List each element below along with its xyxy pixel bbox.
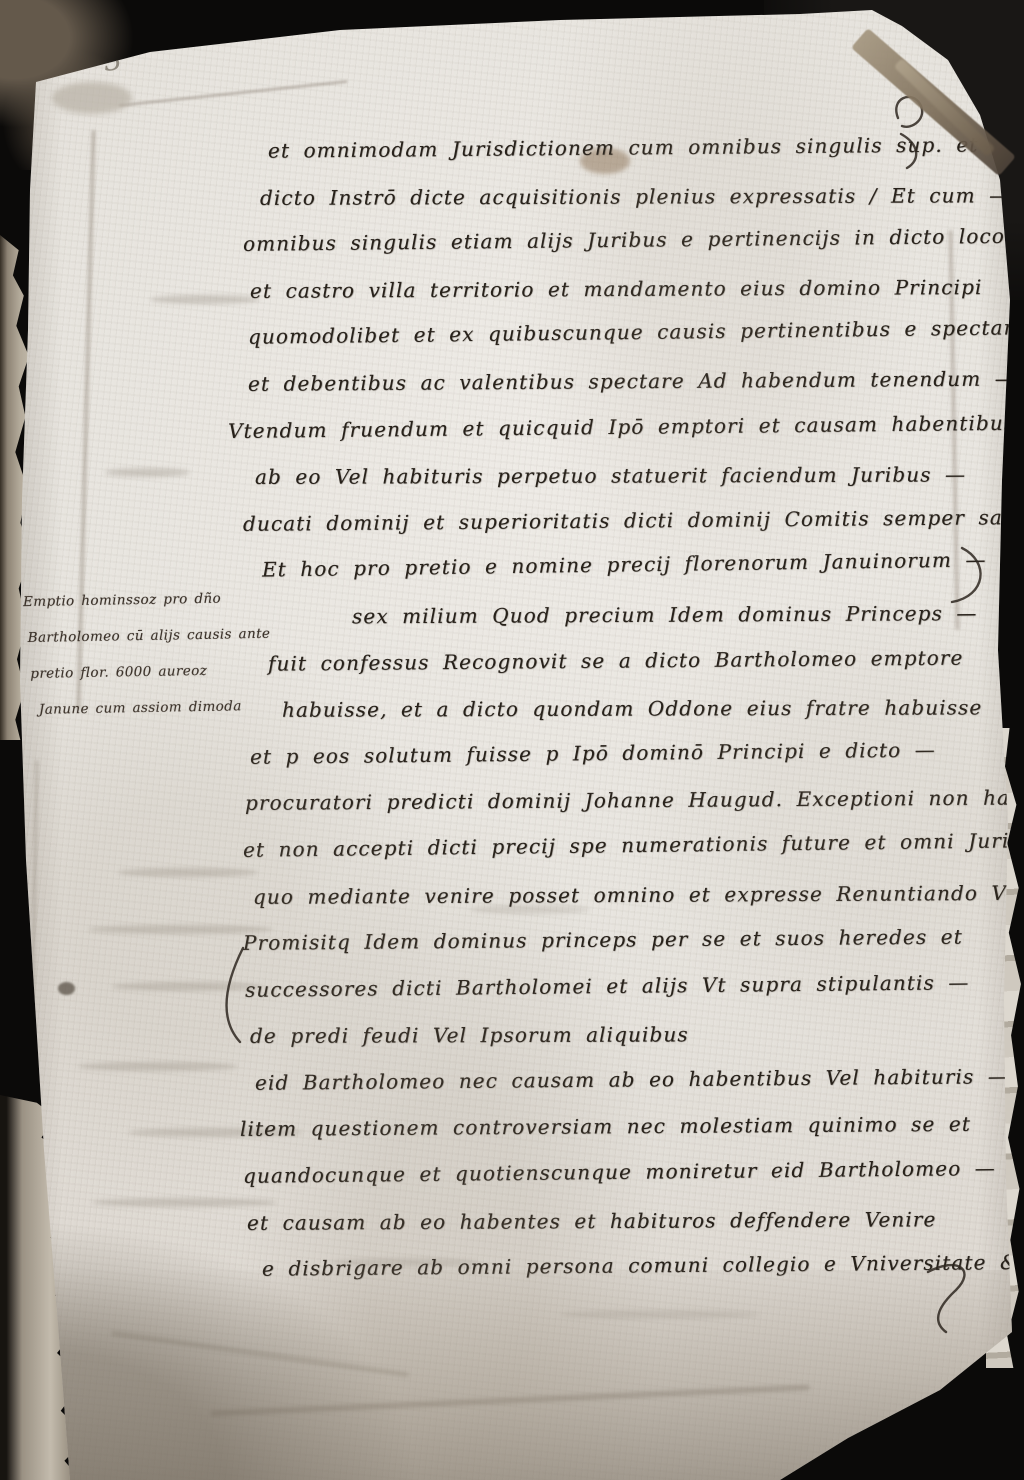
manuscript-line: omnibus singulis etiam alijs Juribus e p…: [228, 213, 1012, 268]
manuscript-line: quomodolibet et ex quibuscunque causis p…: [228, 305, 1013, 361]
manuscript-photograph: 3 Emptio hominssoz pro dño Bartholomeo c…: [0, 0, 1024, 1480]
manuscript-line: quandocunque et quotienscunque moniretur…: [228, 1145, 1012, 1200]
manuscript-line: quo mediante venire posset omnino et exp…: [228, 869, 1012, 920]
manuscript-line: Vtendum fruendum et quicquid Ipō emptori…: [228, 399, 1012, 454]
crease-line: [29, 760, 39, 1140]
manuscript-line: et debentibus ac valentibus spectare Ad …: [228, 355, 1012, 407]
margin-note-line: Emptio hominssoz pro dño: [23, 580, 260, 620]
manuscript-line: successores dicti Bartholomei et alijs V…: [228, 958, 1012, 1013]
margin-note-line: pretio flor. 6000 aureoz: [24, 652, 261, 692]
text-block: et omnimodam Jurisdictionem cum omnibus …: [228, 128, 1012, 1293]
manuscript-line: et p eos solutum fuisse p Ipō dominō Pri…: [228, 726, 1012, 781]
smudge: [52, 82, 132, 114]
manuscript-line: et non accepti dicti precij spe numerati…: [228, 817, 1013, 873]
manuscript-page: 3 Emptio hominssoz pro dño Bartholomeo c…: [0, 0, 1024, 1480]
manuscript-line: sex milium Quod precium Idem dominus Pri…: [228, 590, 1012, 641]
manuscript-line: Et hoc pro pretio e nomine precij floren…: [228, 536, 1013, 594]
ink-stain: [58, 982, 75, 995]
bleedthrough-mark: [78, 1062, 238, 1071]
margin-note-line: Janune cum assiom dimoda: [25, 688, 262, 728]
margin-note-line: Bartholomeo cū alijs causis ante: [23, 616, 260, 656]
margin-note: Emptio hominssoz pro dño Bartholomeo cū …: [23, 580, 261, 728]
manuscript-line: ab eo Vel habituris perpetuo statuerit f…: [228, 451, 1012, 500]
manuscript-line: de predi feudi Vel Ipsorum aliquibus: [228, 1011, 1012, 1060]
bleedthrough-mark: [105, 468, 190, 477]
crease-line: [118, 80, 347, 107]
manuscript-line: fuit confessus Recognovit se a dicto Bar…: [228, 634, 1012, 687]
manuscript-line: eid Bartholomeo nec causam ab eo habenti…: [228, 1053, 1012, 1106]
manuscript-line: Promisitq Idem dominus princeps per se e…: [228, 913, 1012, 966]
manuscript-line: et omnimodam Jurisdictionem cum omnibus …: [228, 121, 1012, 174]
